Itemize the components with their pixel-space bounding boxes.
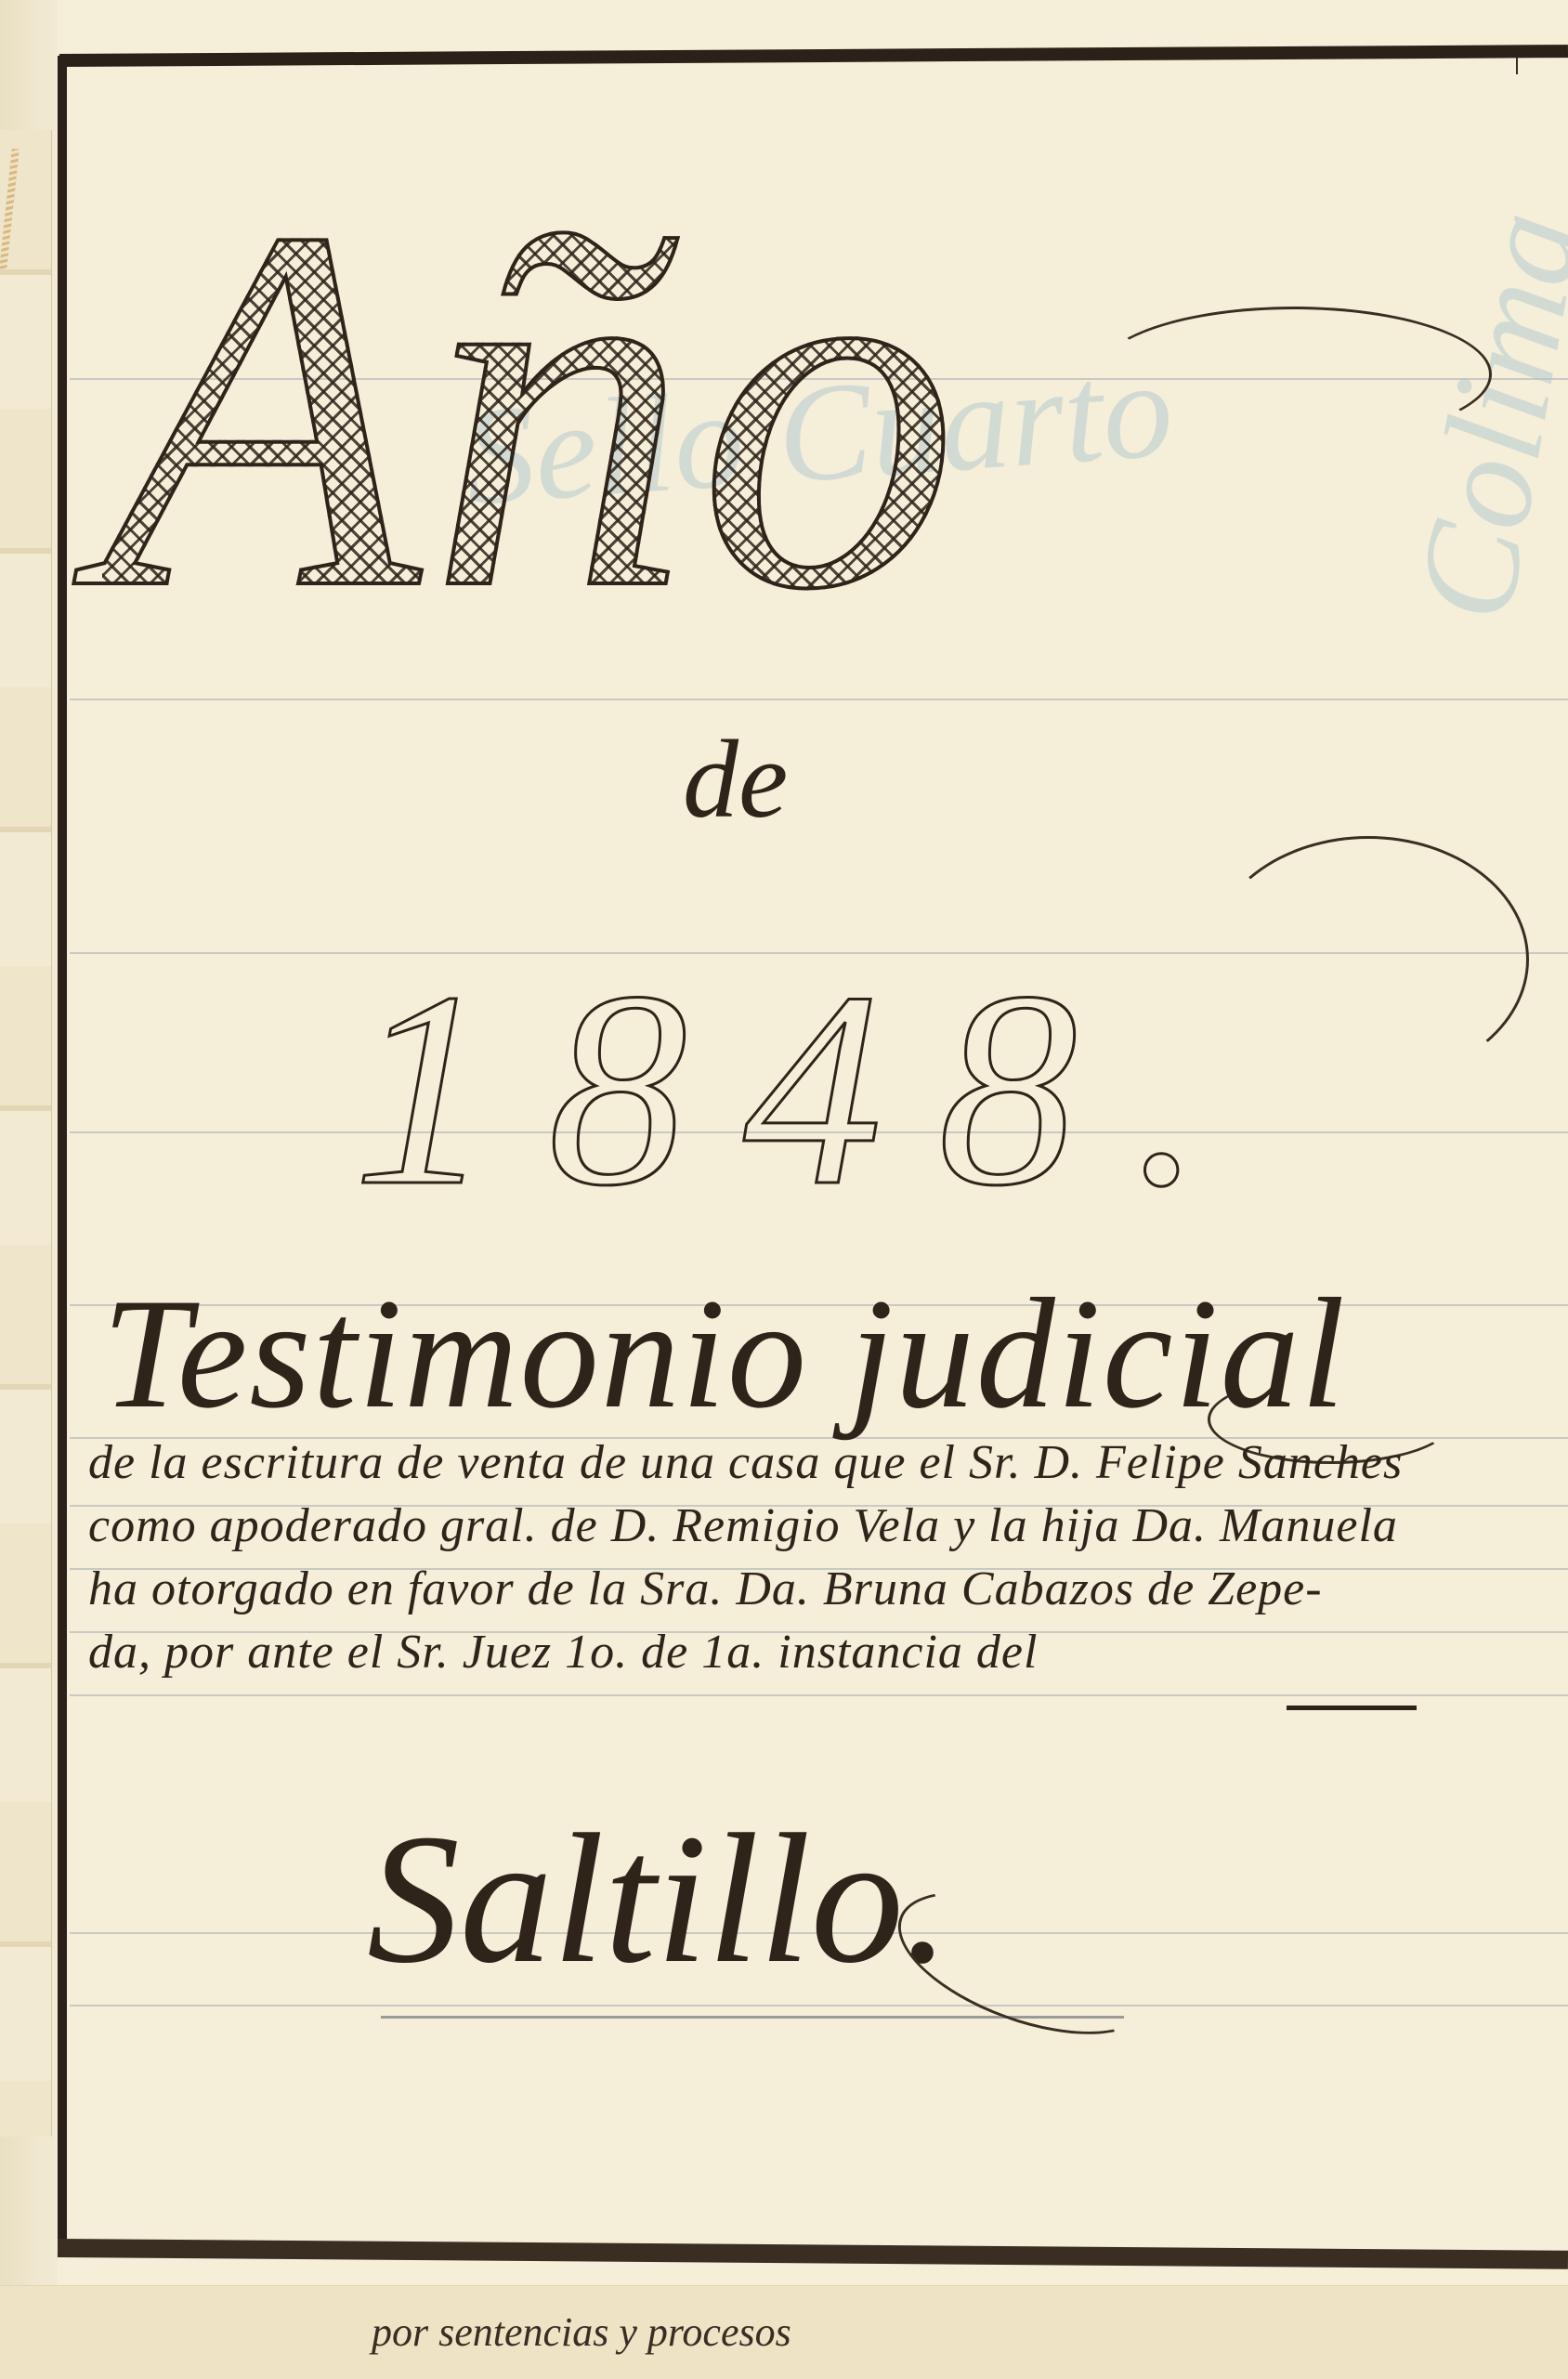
flourish-ano: [1096, 307, 1492, 442]
body-line-1: de la escritura de venta de una casa que…: [88, 1435, 1403, 1490]
ruled-line: [70, 1694, 1568, 1696]
place-name: Saltillo.: [367, 1793, 950, 2006]
body-line-3: ha otorgado en favor de la Sra. Da. Brun…: [88, 1562, 1323, 1616]
underlying-page-text: por sentencias y procesos: [372, 2308, 791, 2356]
body-line-4: da, por ante el Sr. Juez 1o. de 1a. inst…: [88, 1625, 1038, 1680]
line-filler-dash: [1287, 1706, 1417, 1710]
connector-de: de: [683, 715, 788, 843]
body-line-2: como apoderado gral. de D. Remigio Vela …: [88, 1498, 1398, 1553]
heading-ano: Año: [102, 149, 968, 669]
margin-mark: [1516, 58, 1518, 74]
year-heading: 1848.: [353, 929, 1259, 1249]
document-title: Testimonio judicial: [102, 1263, 1347, 1444]
frame-border-left: [58, 56, 67, 2253]
ruled-line: [70, 699, 1568, 700]
flourish-year: [1208, 836, 1529, 1083]
binding-edge: [0, 130, 52, 2137]
